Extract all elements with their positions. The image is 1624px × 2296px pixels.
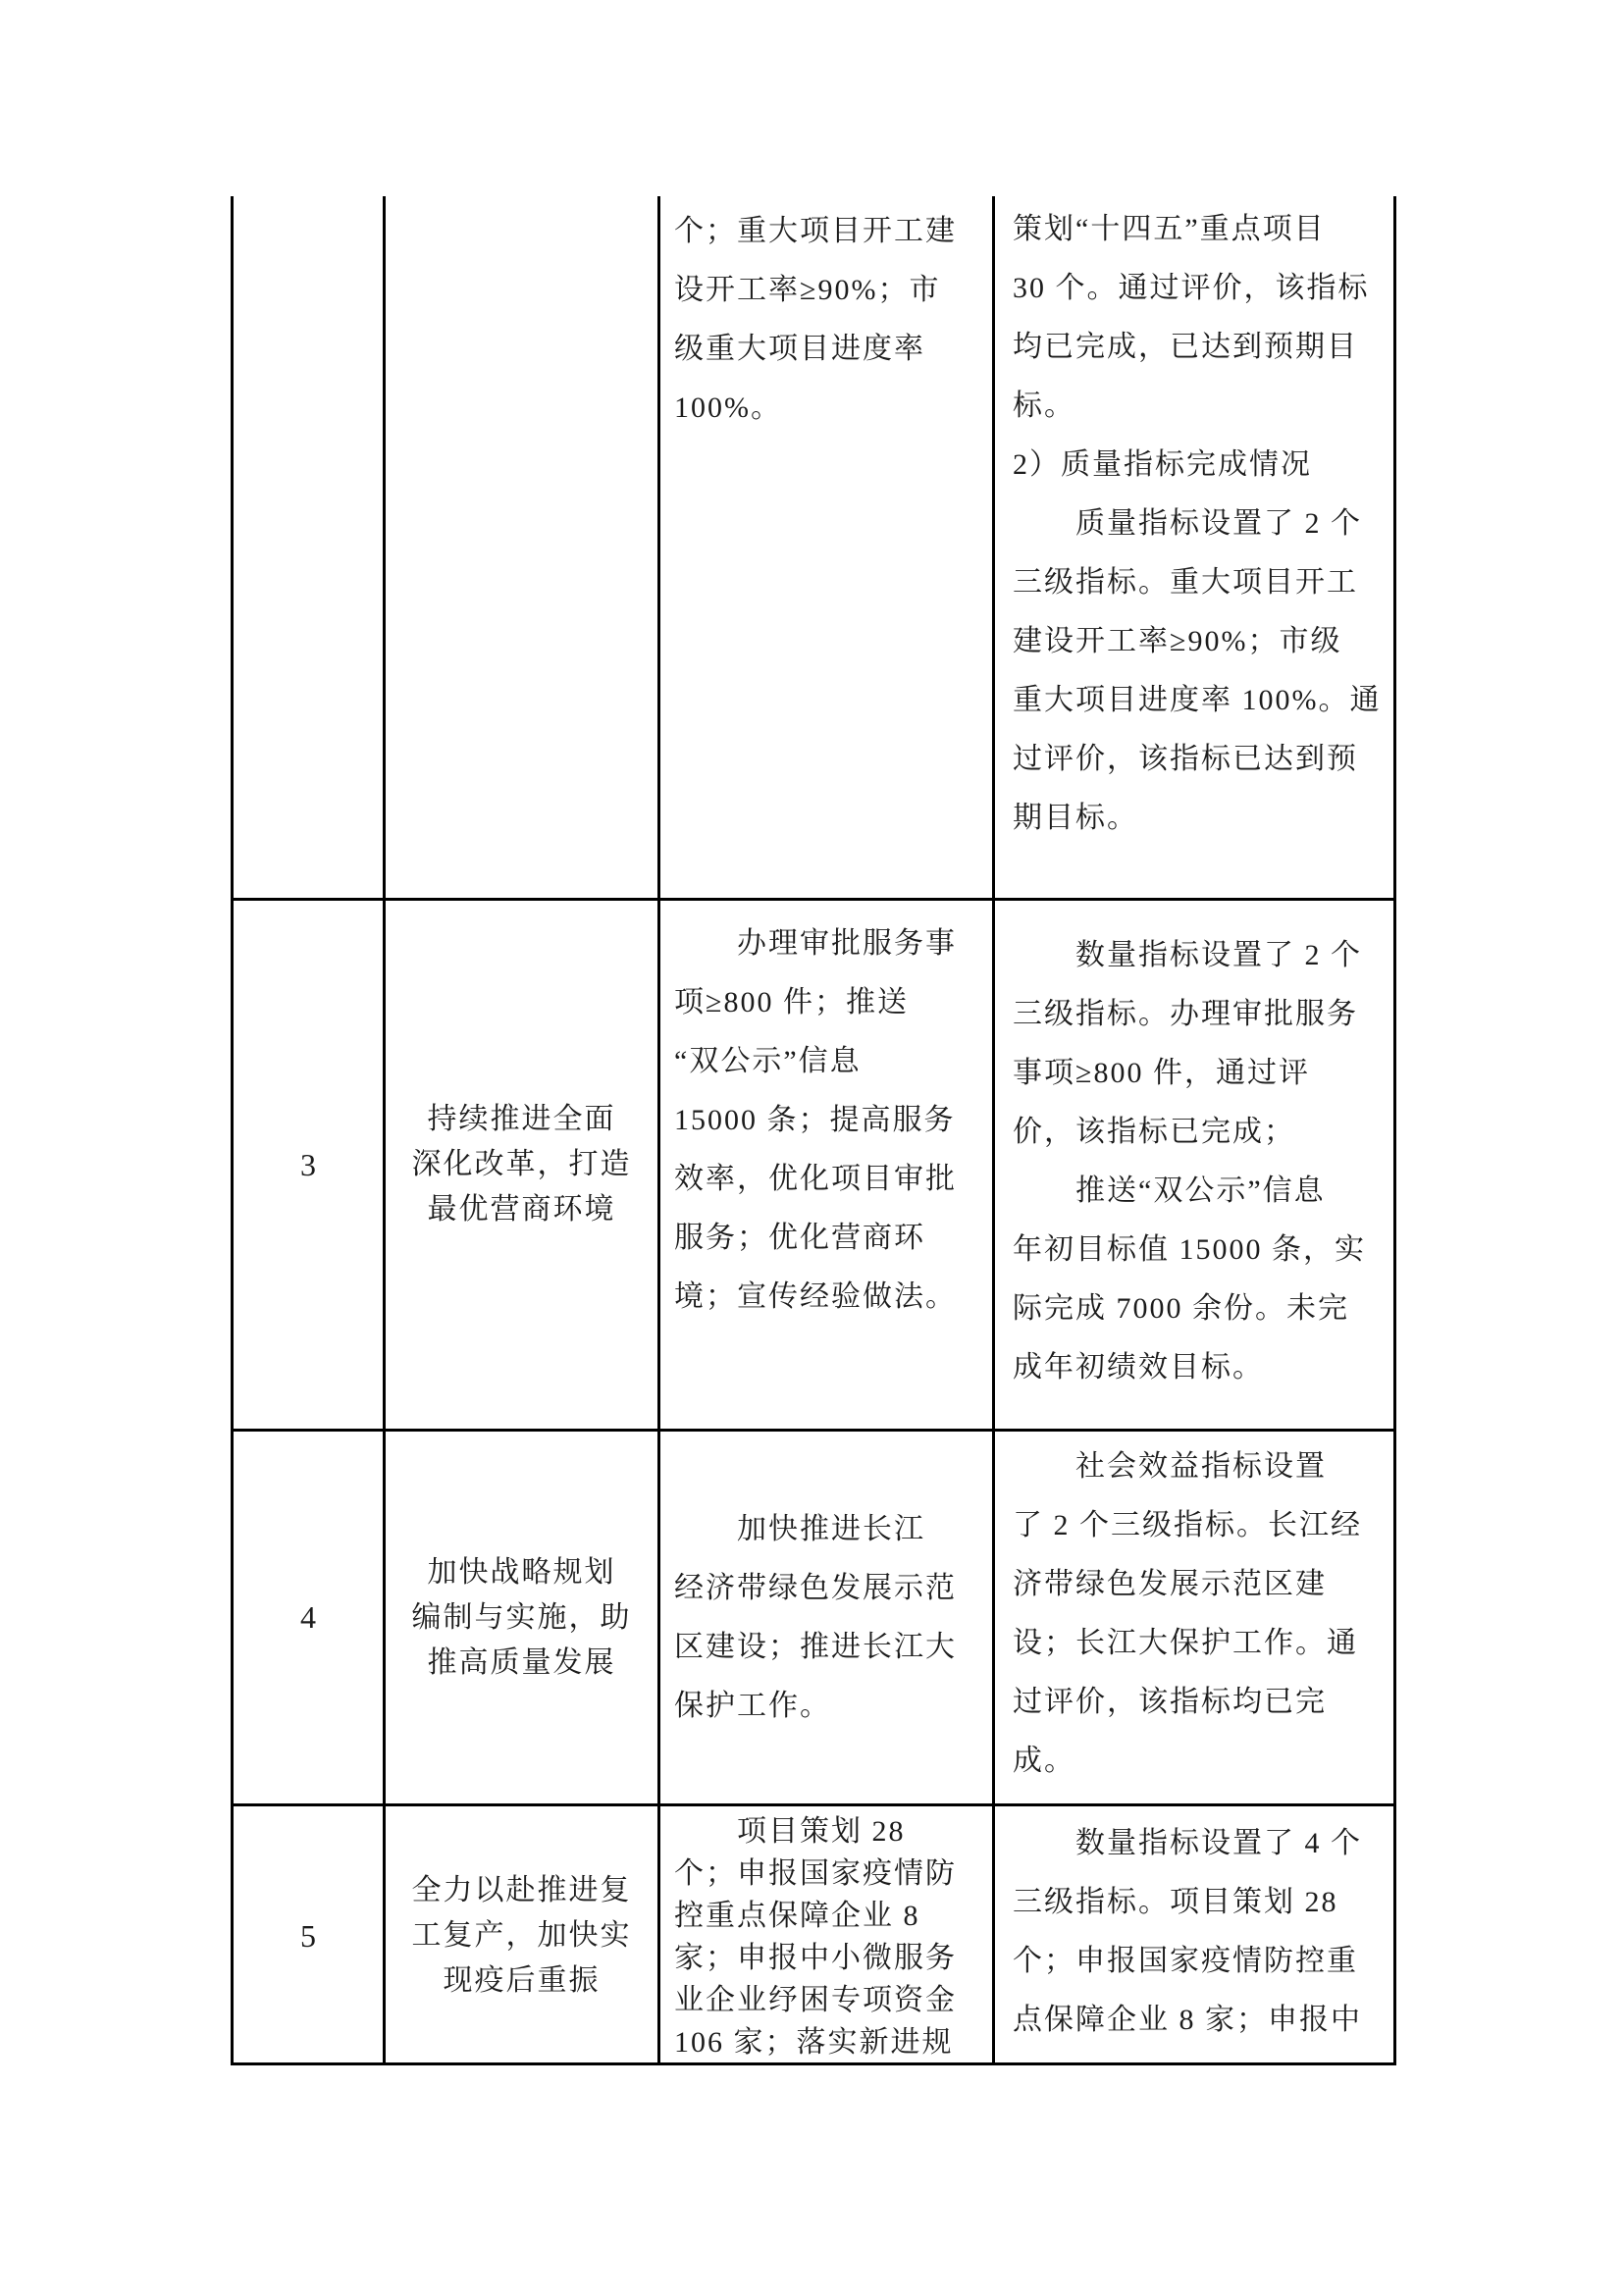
text-line: 个；重大项目开工建 <box>674 202 984 261</box>
text-line: 数量指标设置了 4 个 <box>1013 1814 1384 1873</box>
text-line: “双公示”信息 <box>674 1032 984 1091</box>
text-line: 重大项目进度率 100%。通 <box>1013 671 1384 730</box>
text-line: 效率，优化项目审批 <box>674 1150 984 1209</box>
text-line: 际完成 7000 余份。未完 <box>1013 1279 1384 1338</box>
task-cell <box>386 196 660 898</box>
text-line: 办理审批服务事 <box>674 914 984 973</box>
text-line: 策划“十四五”重点项目 <box>1013 200 1384 259</box>
table-row-4: 4 加快战略规划编制与实施，助推高质量发展 加快推进长江经济带绿色发展示范区建设… <box>234 1429 1393 1803</box>
text-line: 点保障企业 8 家；申报中 <box>1013 1991 1384 2050</box>
target-cell: 项目策划 28个；申报国家疫情防控重点保障企业 8家；申报中小微服务业企业纾困专… <box>660 1806 995 2065</box>
text-line: 深化改革，打造 <box>386 1142 657 1187</box>
text-line: 成年初绩效目标。 <box>1013 1338 1384 1397</box>
text-line: 业企业纾困专项资金 <box>674 1979 984 2021</box>
text-line: 持续推进全面 <box>386 1097 657 1142</box>
target-cell: 加快推进长江经济带绿色发展示范区建设；推进长江大保护工作。 <box>660 1432 995 1803</box>
serial-number: 3 <box>300 1147 316 1183</box>
serial-number: 5 <box>300 1918 316 1955</box>
table-row-3: 3 持续推进全面深化改革，打造最优营商环境 办理审批服务事项≥800 件；推送“… <box>234 898 1393 1429</box>
text-line: 社会效益指标设置 <box>1013 1437 1384 1496</box>
text-line: 加快战略规划 <box>386 1550 657 1595</box>
text-line: 过评价，该指标均已完 <box>1013 1673 1384 1732</box>
text-line: 推送“双公示”信息 <box>1013 1162 1384 1221</box>
text-line: 2）质量指标完成情况 <box>1013 436 1384 495</box>
serial-number-cell: 5 <box>234 1806 386 2065</box>
text-line: 项目策划 28 <box>674 1810 984 1852</box>
text-line: 个；申报国家疫情防 <box>674 1852 984 1895</box>
target-cell: 个；重大项目开工建设开工率≥90%；市级重大项目进度率100%。 <box>660 196 995 898</box>
text-line: 15000 条；提高服务 <box>674 1091 984 1150</box>
text-line: 编制与实施，助 <box>386 1595 657 1641</box>
text-line: 现疫后重振 <box>386 1958 657 2004</box>
text-line: 个；申报国家疫情防控重 <box>1013 1932 1384 1991</box>
text-line: 成。 <box>1013 1732 1384 1791</box>
text-line: 设开工率≥90%；市 <box>674 261 984 320</box>
text-line: 数量指标设置了 2 个 <box>1013 926 1384 985</box>
text-line: 106 家；落实新进规 <box>674 2021 984 2063</box>
table-row-5: 5 全力以赴推进复工复产，加快实现疫后重振 项目策划 28个；申报国家疫情防控重… <box>234 1803 1393 2065</box>
text-line: 保护工作。 <box>674 1677 984 1736</box>
text-line: 项≥800 件；推送 <box>674 973 984 1032</box>
text-line: 质量指标设置了 2 个 <box>1013 495 1384 553</box>
text-line: 三级指标。重大项目开工 <box>1013 553 1384 612</box>
text-line: 全力以赴推进复 <box>386 1868 657 1913</box>
text-line: 三级指标。项目策划 28 <box>1013 1873 1384 1932</box>
serial-number-cell: 3 <box>234 901 386 1429</box>
task-cell: 持续推进全面深化改革，打造最优营商环境 <box>386 901 660 1429</box>
text-line: 家；申报中小微服务 <box>674 1937 984 1979</box>
text-line: 建设开工率≥90%；市级 <box>1013 612 1384 671</box>
text-line: 级重大项目进度率 <box>674 320 984 379</box>
text-line: 控重点保障企业 8 <box>674 1895 984 1937</box>
serial-number: 4 <box>300 1599 316 1636</box>
text-line: 济带绿色发展示范区建 <box>1013 1555 1384 1614</box>
table-row-continuation: 个；重大项目开工建设开工率≥90%；市级重大项目进度率100%。 策划“十四五”… <box>234 196 1393 898</box>
text-line: 经济带绿色发展示范 <box>674 1559 984 1618</box>
task-cell: 加快战略规划编制与实施，助推高质量发展 <box>386 1432 660 1803</box>
task-cell: 全力以赴推进复工复产，加快实现疫后重振 <box>386 1806 660 2065</box>
text-line: 期目标。 <box>1013 789 1384 848</box>
text-line: 均已完成，已达到预期目 <box>1013 318 1384 377</box>
text-line: 标。 <box>1013 377 1384 436</box>
text-line: 境；宣传经验做法。 <box>674 1268 984 1327</box>
text-line: 过评价，该指标已达到预 <box>1013 730 1384 789</box>
text-line: 三级指标。办理审批服务 <box>1013 985 1384 1044</box>
text-line: 设；长江大保护工作。通 <box>1013 1614 1384 1673</box>
evaluation-cell: 策划“十四五”重点项目30 个。通过评价，该指标均已完成，已达到预期目标。2）质… <box>995 196 1393 898</box>
text-line: 事项≥800 件，通过评 <box>1013 1044 1384 1103</box>
serial-number-cell: 4 <box>234 1432 386 1803</box>
text-line: 区建设；推进长江大 <box>674 1618 984 1677</box>
text-line: 工复产，加快实 <box>386 1913 657 1958</box>
evaluation-cell: 数量指标设置了 2 个三级指标。办理审批服务事项≥800 件，通过评价，该指标已… <box>995 901 1393 1429</box>
text-line: 推高质量发展 <box>386 1641 657 1686</box>
text-line: 了 2 个三级指标。长江经 <box>1013 1496 1384 1555</box>
text-line: 价，该指标已完成； <box>1013 1103 1384 1162</box>
text-line: 100%。 <box>674 379 984 438</box>
evaluation-cell: 社会效益指标设置了 2 个三级指标。长江经济带绿色发展示范区建设；长江大保护工作… <box>995 1432 1393 1803</box>
text-line: 30 个。通过评价，该指标 <box>1013 259 1384 318</box>
performance-table: 个；重大项目开工建设开工率≥90%；市级重大项目进度率100%。 策划“十四五”… <box>231 196 1396 2065</box>
text-line: 服务；优化营商环 <box>674 1209 984 1268</box>
target-cell: 办理审批服务事项≥800 件；推送“双公示”信息15000 条；提高服务效率，优… <box>660 901 995 1429</box>
document-page: { "page": { "background": "#ffffff", "te… <box>0 0 1624 2296</box>
text-line: 年初目标值 15000 条，实 <box>1013 1221 1384 1279</box>
serial-number-cell <box>234 196 386 898</box>
evaluation-cell: 数量指标设置了 4 个三级指标。项目策划 28个；申报国家疫情防控重点保障企业 … <box>995 1806 1393 2065</box>
text-line: 最优营商环境 <box>386 1187 657 1232</box>
text-line: 加快推进长江 <box>674 1500 984 1559</box>
